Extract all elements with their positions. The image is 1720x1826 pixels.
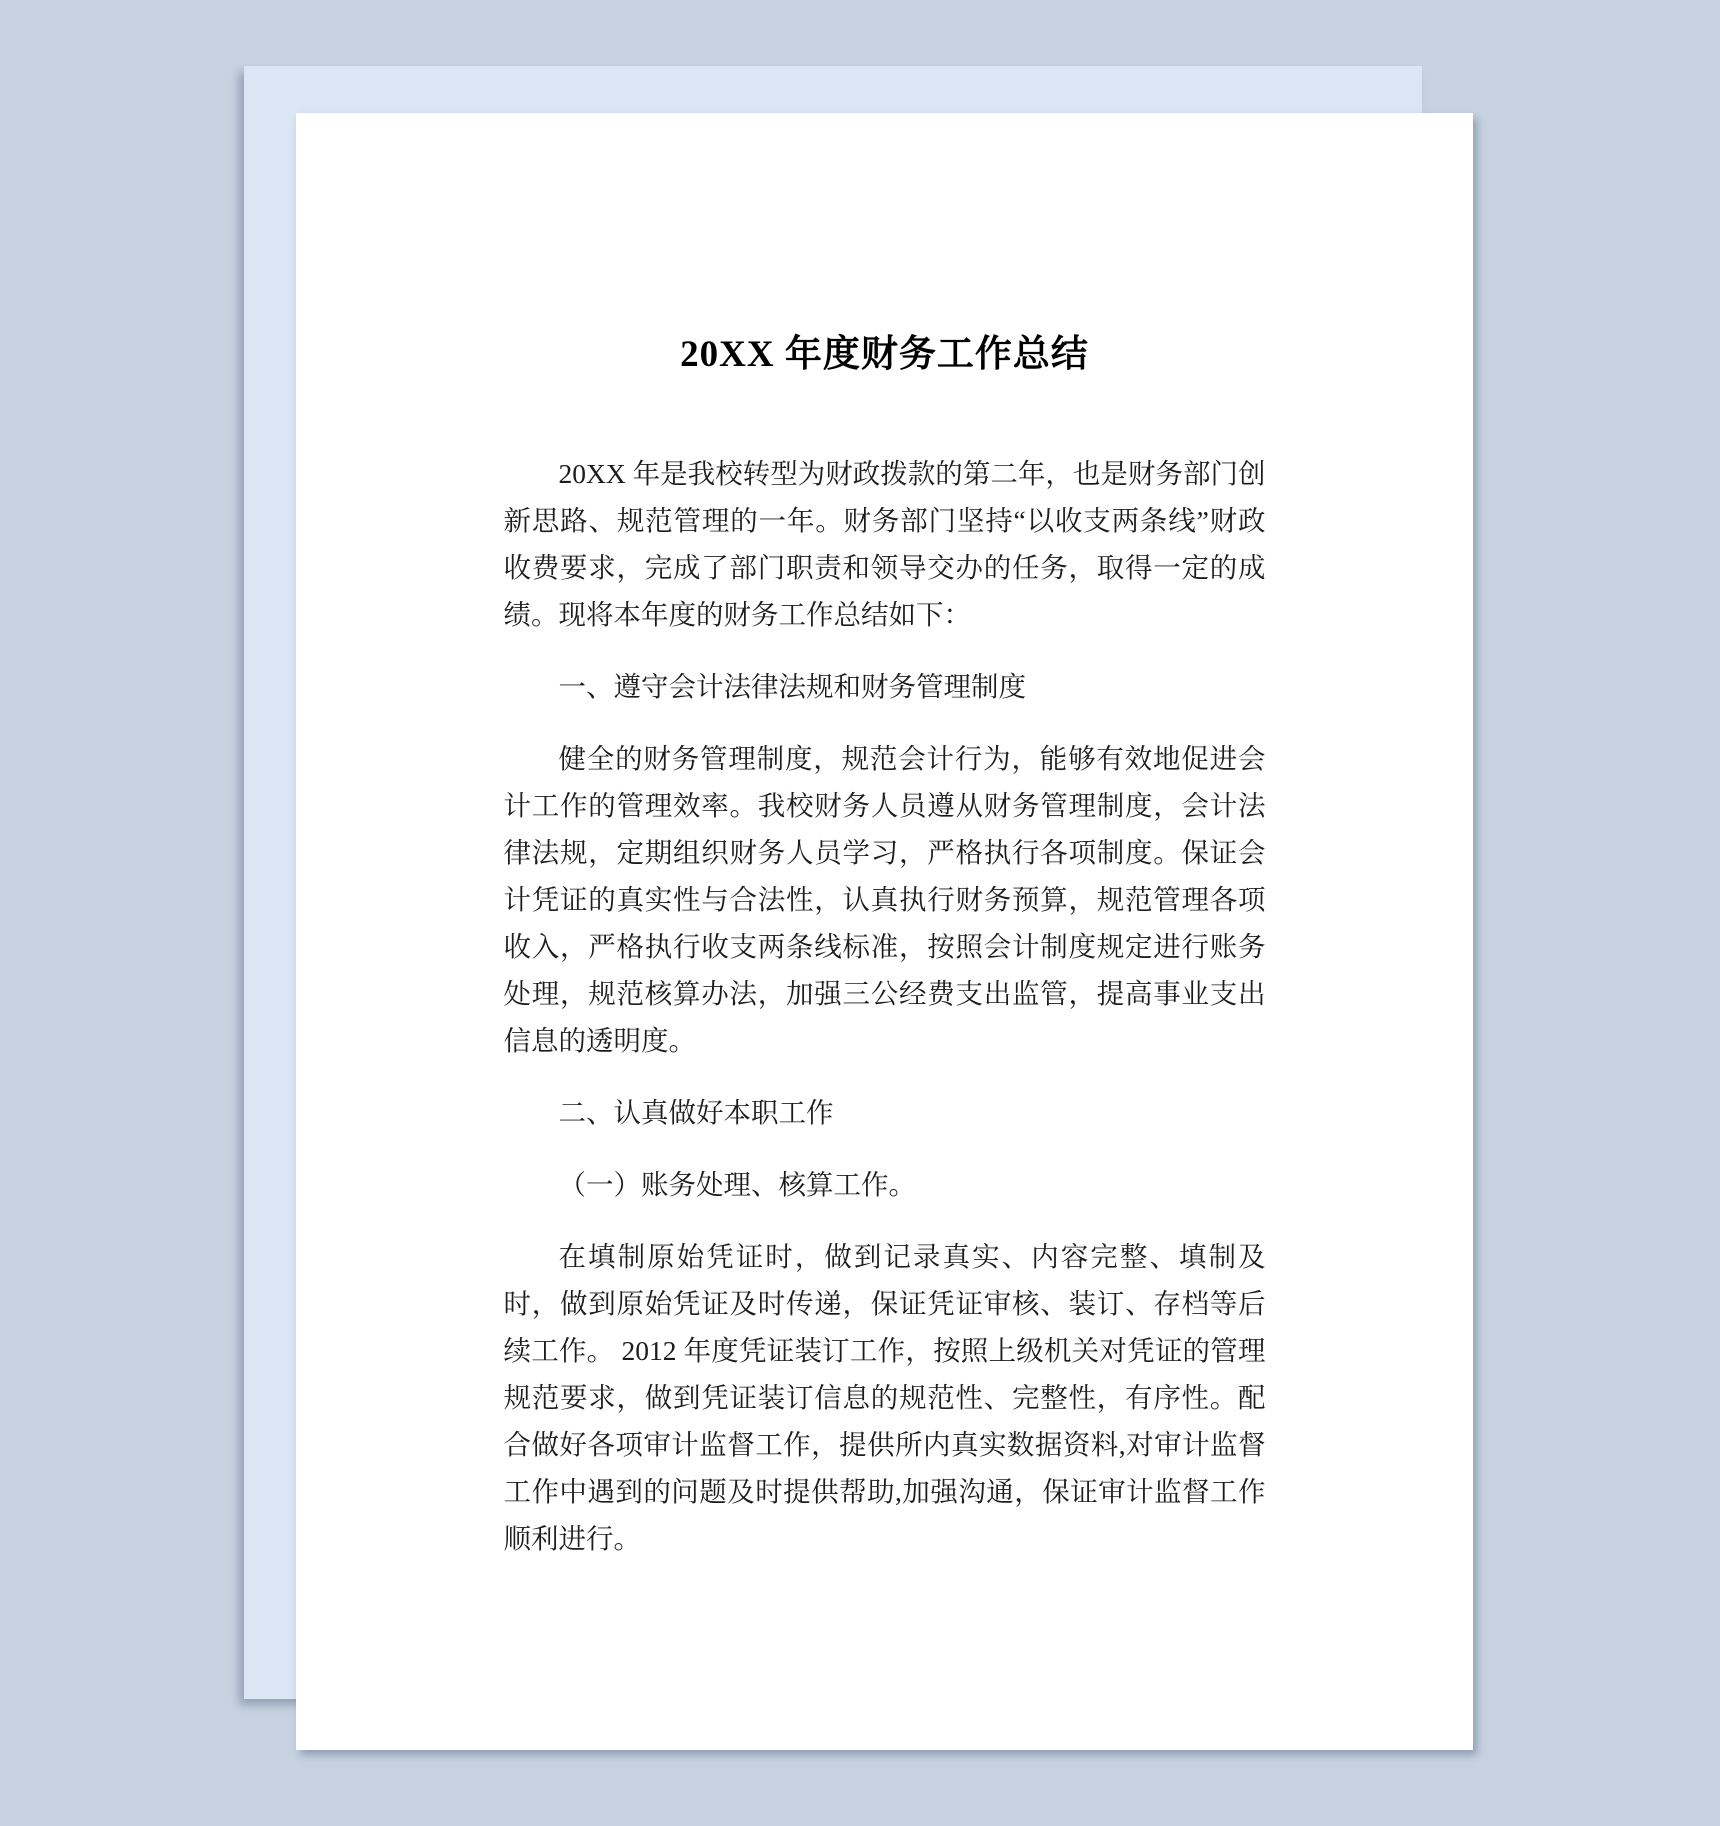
paragraph-subsection-one: 在填制原始凭证时，做到记录真实、内容完整、填制及时，做到原始凭证及时传递，保证凭… bbox=[504, 1233, 1266, 1562]
paragraph-intro: 20XX 年是我校转型为财政拨款的第二年，也是财务部门创新思路、规范管理的一年。… bbox=[504, 450, 1266, 638]
section-heading-two: 二、认真做好本职工作 bbox=[504, 1089, 1266, 1136]
paragraph-section-one: 健全的财务管理制度，规范会计行为，能够有效地促进会计工作的管理效率。我校财务人员… bbox=[504, 735, 1266, 1064]
document-page: 20XX 年度财务工作总结 20XX 年是我校转型为财政拨款的第二年，也是财务部… bbox=[296, 113, 1473, 1750]
canvas-background: { "doc": { "title": "20XX 年度财务工作总结", "pa… bbox=[0, 0, 1720, 1826]
document-body: 20XX 年是我校转型为财政拨款的第二年，也是财务部门创新思路、规范管理的一年。… bbox=[504, 450, 1266, 1562]
section-heading-one: 一、遵守会计法律法规和财务管理制度 bbox=[504, 663, 1266, 710]
subsection-heading-one: （一）账务处理、核算工作。 bbox=[504, 1161, 1266, 1208]
document-title: 20XX 年度财务工作总结 bbox=[296, 330, 1473, 380]
